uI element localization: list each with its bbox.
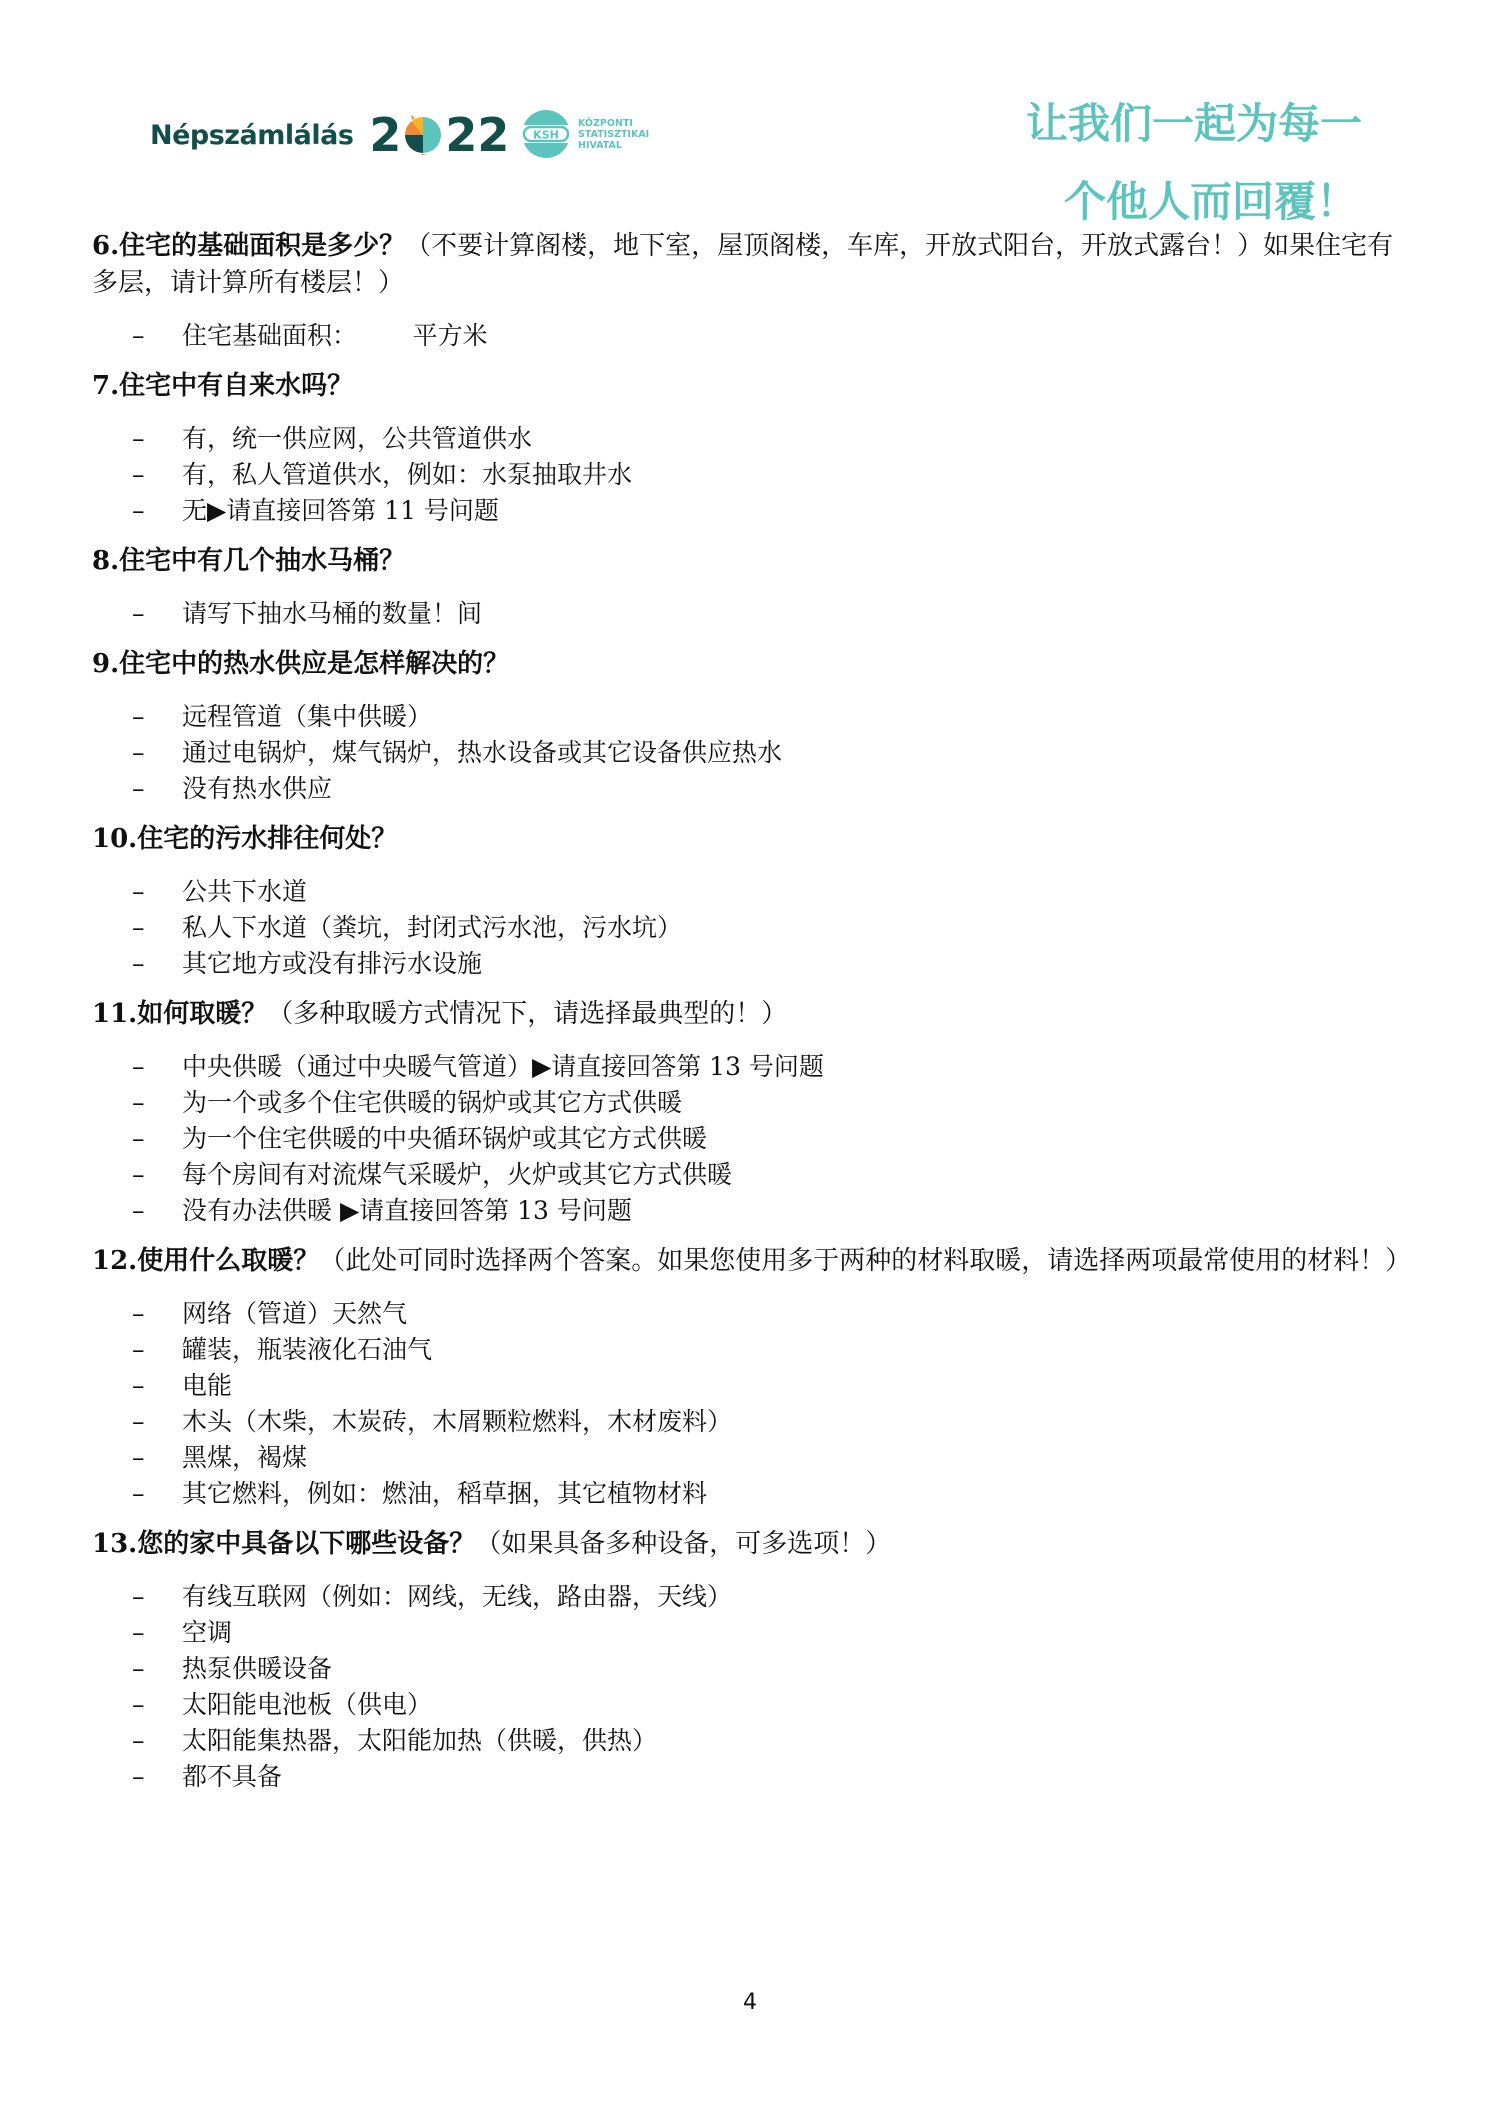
- question-block: 7.住宅中有自来水吗？–有，统一供应网，公共管道供水–有，私人管道供水，例如：水…: [92, 368, 1412, 529]
- question-number: 7.: [92, 371, 119, 401]
- question-block: 8.住宅中有几个抽水马桶？–请写下抽水马桶的数量！间: [92, 543, 1412, 632]
- census-2022-logo: Népszámlálás 2 22: [150, 112, 509, 158]
- question-number: 9.: [92, 649, 119, 679]
- question-text: 住宅的基础面积是多少？: [119, 231, 405, 261]
- dash-bullet-icon: –: [132, 699, 145, 735]
- dash-bullet-icon: –: [132, 1759, 145, 1795]
- answer-options: –有，统一供应网，公共管道供水–有，私人管道供水，例如：水泵抽取井水–无▶请直接…: [92, 421, 1412, 529]
- question-title: 11.如何取暖？（多种取暖方式情况下，请选择最典型的！）: [92, 996, 1412, 1033]
- dash-bullet-icon: –: [132, 457, 145, 493]
- question-text: 您的家中具备以下哪些设备？: [137, 1529, 475, 1559]
- question-title: 10.住宅的污水排往何处？: [92, 821, 1412, 858]
- page-header: Népszámlálás 2 22 KSH KÖZPONTI STATISZTI…: [0, 0, 1500, 215]
- dash-bullet-icon: –: [132, 1157, 145, 1193]
- dash-bullet-icon: –: [132, 1651, 145, 1687]
- answer-option[interactable]: –木头（木柴，木炭砖，木屑颗粒燃料，木材废料）: [92, 1404, 1412, 1440]
- answer-option[interactable]: –私人下水道（粪坑，封闭式污水池，污水坑）: [92, 910, 1412, 946]
- answer-option[interactable]: –电能: [92, 1368, 1412, 1404]
- answer-option-label: 电能: [182, 1371, 232, 1400]
- dash-bullet-icon: –: [132, 1296, 145, 1332]
- question-block: 9.住宅中的热水供应是怎样解决的？–远程管道（集中供暖）–通过电锅炉，煤气锅炉，…: [92, 646, 1412, 807]
- answer-option-label: 无▶请直接回答第 11 号问题: [182, 496, 499, 525]
- logo-wordmark: Népszámlálás: [150, 120, 353, 151]
- answer-option[interactable]: –远程管道（集中供暖）: [92, 699, 1412, 735]
- question-block: 11.如何取暖？（多种取暖方式情况下，请选择最典型的！）–中央供暖（通过中央暖气…: [92, 996, 1412, 1229]
- logo-year-left: 2: [369, 112, 401, 158]
- dash-bullet-icon: –: [132, 771, 145, 807]
- dash-bullet-icon: –: [132, 1332, 145, 1368]
- answer-option[interactable]: –为一个或多个住宅供暖的锅炉或其它方式供暖: [92, 1085, 1412, 1121]
- answer-option-label: 没有办法供暖 ▶请直接回答第 13 号问题: [182, 1196, 632, 1225]
- question-block: 13.您的家中具备以下哪些设备？（如果具备多种设备，可多选项！）–有线互联网（例…: [92, 1526, 1412, 1795]
- answer-option-label: 远程管道（集中供暖）: [182, 702, 432, 731]
- question-note: （多种取暖方式情况下，请选择最典型的！）: [267, 999, 787, 1029]
- answer-options: –中央供暖（通过中央暖气管道）▶请直接回答第 13 号问题–为一个或多个住宅供暖…: [92, 1049, 1412, 1229]
- answer-options: –公共下水道–私人下水道（粪坑，封闭式污水池，污水坑）–其它地方或没有排污水设施: [92, 874, 1412, 982]
- answer-option-label: 有，统一供应网，公共管道供水: [182, 424, 532, 453]
- question-number: 8.: [92, 546, 119, 576]
- dash-bullet-icon: –: [132, 421, 145, 457]
- dash-bullet-icon: –: [132, 874, 145, 910]
- question-number: 10.: [92, 824, 137, 854]
- slogan: 让我们一起为每一 个他人而回覆！: [1010, 85, 1430, 241]
- question-text: 住宅中有几个抽水马桶？: [119, 546, 405, 576]
- pie-chart-icon: [403, 115, 443, 155]
- answer-option[interactable]: –其它地方或没有排污水设施: [92, 946, 1412, 982]
- dash-bullet-icon: –: [132, 1476, 145, 1512]
- answer-option[interactable]: –无▶请直接回答第 11 号问题: [92, 493, 1412, 529]
- question-number: 12.: [92, 1246, 137, 1276]
- question-block: 6.住宅的基础面积是多少？（不要计算阁楼，地下室，屋顶阁楼，车库，开放式阳台，开…: [92, 228, 1412, 354]
- question-title: 13.您的家中具备以下哪些设备？（如果具备多种设备，可多选项！）: [92, 1526, 1412, 1563]
- answer-option[interactable]: –没有办法供暖 ▶请直接回答第 13 号问题: [92, 1193, 1412, 1229]
- answer-option-label: 热泵供暖设备: [182, 1654, 332, 1683]
- dash-bullet-icon: –: [132, 735, 145, 771]
- answer-option[interactable]: –热泵供暖设备: [92, 1651, 1412, 1687]
- answer-option-label: 中央供暖（通过中央暖气管道）▶请直接回答第 13 号问题: [182, 1052, 824, 1081]
- answer-options: –住宅基础面积： 平方米: [92, 318, 1412, 354]
- dash-bullet-icon: –: [132, 1440, 145, 1476]
- dash-bullet-icon: –: [132, 1579, 145, 1615]
- answer-option[interactable]: –太阳能集热器，太阳能加热（供暖，供热）: [92, 1723, 1412, 1759]
- answer-option-label: 住宅基础面积： 平方米: [182, 321, 488, 350]
- ksh-name: KÖZPONTI STATISZTIKAI HIVATAL: [578, 118, 649, 151]
- answer-option-label: 有，私人管道供水，例如：水泵抽取井水: [182, 460, 632, 489]
- dash-bullet-icon: –: [132, 910, 145, 946]
- dash-bullet-icon: –: [132, 596, 145, 632]
- answer-option-label: 有线互联网（例如：网线，无线，路由器，天线）: [182, 1582, 732, 1611]
- question-number: 13.: [92, 1529, 137, 1559]
- answer-options: –网络（管道）天然气–罐装，瓶装液化石油气–电能–木头（木柴，木炭砖，木屑颗粒燃…: [92, 1296, 1412, 1512]
- dash-bullet-icon: –: [132, 318, 145, 354]
- page-number: 4: [0, 1990, 1500, 2015]
- svg-text:KSH: KSH: [533, 129, 559, 142]
- question-text: 住宅中有自来水吗？: [119, 371, 353, 401]
- dash-bullet-icon: –: [132, 1085, 145, 1121]
- answer-option[interactable]: –都不具备: [92, 1759, 1412, 1795]
- answer-option[interactable]: –通过电锅炉，煤气锅炉，热水设备或其它设备供应热水: [92, 735, 1412, 771]
- answer-option[interactable]: –有，统一供应网，公共管道供水: [92, 421, 1412, 457]
- logo-year: 2 22: [369, 112, 509, 158]
- answer-option-label: 每个房间有对流煤气采暖炉，火炉或其它方式供暖: [182, 1160, 732, 1189]
- answer-option-label: 没有热水供应: [182, 774, 332, 803]
- answer-option-label: 为一个或多个住宅供暖的锅炉或其它方式供暖: [182, 1088, 682, 1117]
- question-text: 住宅中的热水供应是怎样解决的？: [119, 649, 509, 679]
- question-note: （此处可同时选择两个答案。如果您使用多于两种的材料取暖，请选择两项最常使用的材料…: [319, 1246, 1411, 1276]
- answer-option-label: 其它燃料，例如：燃油，稻草捆，其它植物材料: [182, 1479, 707, 1508]
- answer-option[interactable]: –其它燃料，例如：燃油，稻草捆，其它植物材料: [92, 1476, 1412, 1512]
- answer-option[interactable]: –有线互联网（例如：网线，无线，路由器，天线）: [92, 1579, 1412, 1615]
- question-text: 如何取暖？: [137, 999, 267, 1029]
- logo-year-right: 22: [445, 112, 509, 158]
- ksh-line: KÖZPONTI: [578, 118, 649, 129]
- answer-option-label: 其它地方或没有排污水设施: [182, 949, 482, 978]
- dash-bullet-icon: –: [132, 1615, 145, 1651]
- dash-bullet-icon: –: [132, 1404, 145, 1440]
- question-title: 7.住宅中有自来水吗？: [92, 368, 1412, 405]
- answer-option[interactable]: –空调: [92, 1615, 1412, 1651]
- dash-bullet-icon: –: [132, 1723, 145, 1759]
- answer-options: –远程管道（集中供暖）–通过电锅炉，煤气锅炉，热水设备或其它设备供应热水–没有热…: [92, 699, 1412, 807]
- answer-option[interactable]: –有，私人管道供水，例如：水泵抽取井水: [92, 457, 1412, 493]
- ksh-line: HIVATAL: [578, 140, 649, 151]
- answer-option[interactable]: –没有热水供应: [92, 771, 1412, 807]
- question-number: 11.: [92, 999, 137, 1029]
- answer-option[interactable]: –罐装，瓶装液化石油气: [92, 1332, 1412, 1368]
- answer-option-label: 为一个住宅供暖的中央循环锅炉或其它方式供暖: [182, 1124, 707, 1153]
- dash-bullet-icon: –: [132, 946, 145, 982]
- answer-option[interactable]: –中央供暖（通过中央暖气管道）▶请直接回答第 13 号问题: [92, 1049, 1412, 1085]
- answer-option-label: 黑煤，褐煤: [182, 1443, 307, 1472]
- dash-bullet-icon: –: [132, 1121, 145, 1157]
- answer-option-label: 木头（木柴，木炭砖，木屑颗粒燃料，木材废料）: [182, 1407, 732, 1436]
- answer-option-label: 请写下抽水马桶的数量！间: [182, 599, 482, 628]
- question-number: 6.: [92, 231, 119, 261]
- question-text: 使用什么取暖？: [137, 1246, 319, 1276]
- answer-option[interactable]: –请写下抽水马桶的数量！间: [92, 596, 1412, 632]
- dash-bullet-icon: –: [132, 1368, 145, 1404]
- answer-option[interactable]: –每个房间有对流煤气采暖炉，火炉或其它方式供暖: [92, 1157, 1412, 1193]
- answer-option-label: 私人下水道（粪坑，封闭式污水池，污水坑）: [182, 913, 682, 942]
- answer-option[interactable]: –黑煤，褐煤: [92, 1440, 1412, 1476]
- question-note: （如果具备多种设备，可多选项！）: [475, 1529, 891, 1559]
- answer-option[interactable]: –网络（管道）天然气: [92, 1296, 1412, 1332]
- answer-options: –有线互联网（例如：网线，无线，路由器，天线）–空调–热泵供暖设备–太阳能电池板…: [92, 1579, 1412, 1795]
- answer-option[interactable]: –太阳能电池板（供电）: [92, 1687, 1412, 1723]
- answer-option-label: 太阳能集热器，太阳能加热（供暖，供热）: [182, 1726, 657, 1755]
- answer-option-label: 都不具备: [182, 1762, 282, 1791]
- question-title: 8.住宅中有几个抽水马桶？: [92, 543, 1412, 580]
- answer-options: –请写下抽水马桶的数量！间: [92, 596, 1412, 632]
- question-text: 住宅的污水排往何处？: [137, 824, 397, 854]
- ksh-line: STATISZTIKAI: [578, 129, 649, 140]
- dash-bullet-icon: –: [132, 1687, 145, 1723]
- answer-option-label: 太阳能电池板（供电）: [182, 1690, 432, 1719]
- dash-bullet-icon: –: [132, 493, 145, 529]
- answer-option[interactable]: –住宅基础面积： 平方米: [92, 318, 1412, 354]
- dash-bullet-icon: –: [132, 1049, 145, 1085]
- question-title: 6.住宅的基础面积是多少？（不要计算阁楼，地下室，屋顶阁楼，车库，开放式阳台，开…: [92, 228, 1412, 302]
- ksh-emblem-icon: KSH: [520, 108, 572, 160]
- question-block: 12.使用什么取暖？（此处可同时选择两个答案。如果您使用多于两种的材料取暖，请选…: [92, 1243, 1412, 1512]
- question-block: 10.住宅的污水排往何处？–公共下水道–私人下水道（粪坑，封闭式污水池，污水坑）…: [92, 821, 1412, 982]
- answer-option-label: 罐装，瓶装液化石油气: [182, 1335, 432, 1364]
- question-title: 12.使用什么取暖？（此处可同时选择两个答案。如果您使用多于两种的材料取暖，请选…: [92, 1243, 1412, 1280]
- answer-option-label: 通过电锅炉，煤气锅炉，热水设备或其它设备供应热水: [182, 738, 782, 767]
- dash-bullet-icon: –: [132, 1193, 145, 1229]
- questionnaire: 6.住宅的基础面积是多少？（不要计算阁楼，地下室，屋顶阁楼，车库，开放式阳台，开…: [92, 228, 1412, 1809]
- answer-option[interactable]: –公共下水道: [92, 874, 1412, 910]
- answer-option-label: 公共下水道: [182, 877, 307, 906]
- question-title: 9.住宅中的热水供应是怎样解决的？: [92, 646, 1412, 683]
- slogan-line-1: 让我们一起为每一: [1010, 85, 1430, 163]
- answer-option[interactable]: –为一个住宅供暖的中央循环锅炉或其它方式供暖: [92, 1121, 1412, 1157]
- ksh-logo: KSH KÖZPONTI STATISZTIKAI HIVATAL: [520, 108, 649, 160]
- answer-option-label: 空调: [182, 1618, 232, 1647]
- answer-option-label: 网络（管道）天然气: [182, 1299, 407, 1328]
